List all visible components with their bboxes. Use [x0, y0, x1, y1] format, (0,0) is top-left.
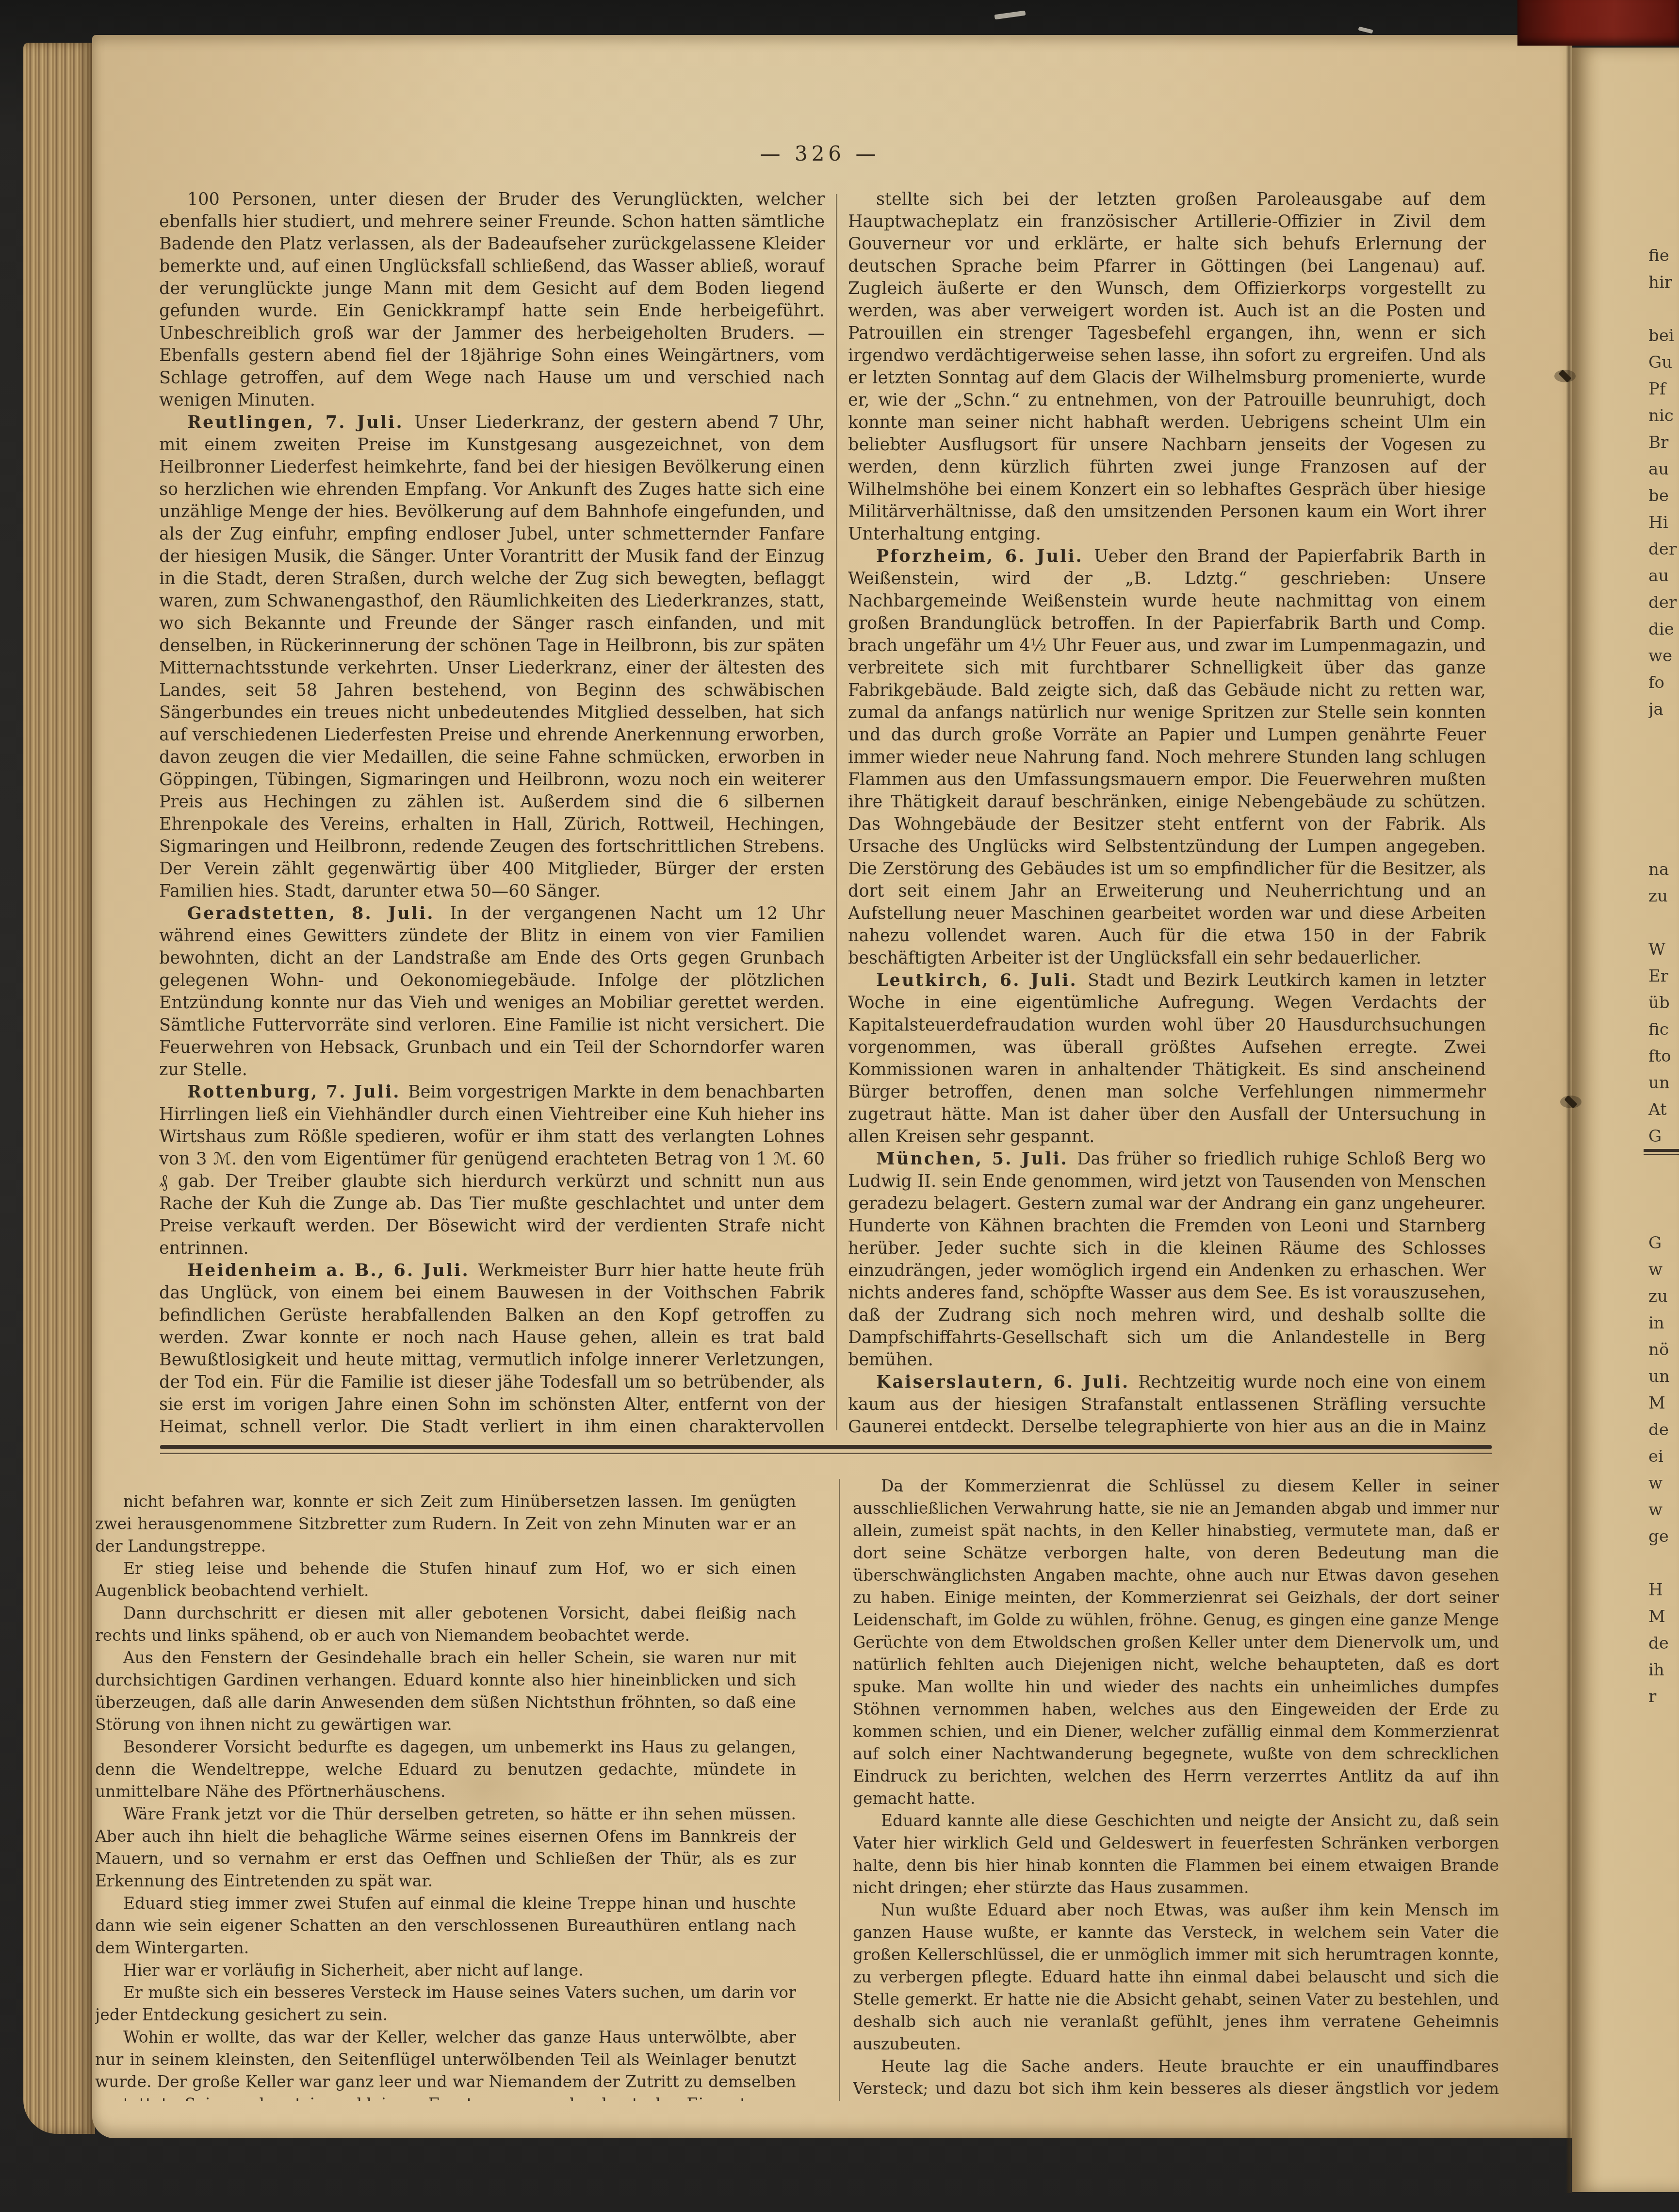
paragraph-dateline: Reutlingen, 7. Juli.: [187, 412, 414, 432]
paragraph-dateline: Heidenheim a. B., 6. Juli.: [187, 1261, 478, 1280]
next-page-text-fragment: w: [1648, 1470, 1679, 1497]
feuilleton-paragraph: Eduard kannte alle diese Geschichten und…: [853, 1810, 1499, 1899]
next-page-text-fragment: Gu: [1648, 349, 1679, 376]
next-page-text-fragment: ja: [1648, 696, 1679, 723]
feuilleton-column-left: nicht befahren war, konnte er sich Zeit …: [95, 1491, 796, 2101]
next-page-text-fragment: die: [1648, 616, 1679, 643]
paragraph-text: Er stieg leise und behende die Stufen hi…: [95, 1559, 796, 1600]
paragraph-dateline: Kaiserslautern, 6. Juli.: [876, 1372, 1138, 1392]
paragraph-text: Er mußte sich ein besseres Versteck im H…: [95, 1983, 796, 2024]
news-paragraph: Heidenheim a. B., 6. Juli.Werkmeister Bu…: [159, 1260, 825, 1438]
news-paragraph: Kaiserslautern, 6. Juli.Rechtzeitig wurd…: [848, 1371, 1486, 1438]
next-page-divider-rule: [1644, 1149, 1679, 1155]
paragraph-text: Hier war er vorläufig in Sicherheit, abe…: [123, 1961, 584, 1980]
feuilleton-paragraph: Besonderer Vorsicht bedurfte es dagegen,…: [95, 1736, 796, 1803]
next-page-text-fragment: H: [1648, 1577, 1679, 1604]
next-page-text-fragment: r: [1648, 1684, 1679, 1710]
next-page-text-fragment: fie: [1648, 243, 1679, 269]
news-column-left: 100 Personen, unter diesen der Bruder de…: [159, 188, 825, 1438]
next-page-text-fragment: fo: [1648, 670, 1679, 696]
column-divider-rule-top: [836, 194, 837, 1430]
paragraph-text: Da der Kommerzienrat die Schlüssel zu di…: [853, 1476, 1499, 1808]
next-page-text-fragment: be: [1648, 483, 1679, 509]
feuilleton-column-right: Da der Kommerzienrat die Schlüssel zu di…: [853, 1475, 1499, 2102]
next-page-text-fragment: M: [1648, 1604, 1679, 1630]
section-divider-rule: [160, 1445, 1492, 1454]
next-page-text-fragment: G: [1648, 1230, 1679, 1257]
feuilleton-paragraph: Er stieg leise und behende die Stufen hi…: [95, 1557, 796, 1602]
book-photo: — 326 — 100 Personen, unter diesen der B…: [0, 0, 1679, 2212]
next-page-text-fragment: fto: [1648, 1043, 1679, 1070]
next-page-text-fragment: [1648, 296, 1679, 323]
feuilleton-paragraph: Da der Kommerzienrat die Schlüssel zu di…: [853, 1475, 1499, 1810]
paragraph-dateline: Geradstetten, 8. Juli.: [187, 903, 450, 923]
next-page-text-fragment: w: [1648, 1257, 1679, 1283]
feuilleton-paragraph: Eduard stieg immer zwei Stufen auf einma…: [95, 1892, 796, 1959]
feuilleton-paragraph: Wohin er wollte, das war der Keller, wel…: [95, 2026, 796, 2101]
paragraph-text: Wäre Frank jetzt vor die Thür derselben …: [95, 1804, 796, 1890]
next-page-text-fragment: M: [1648, 1390, 1679, 1417]
next-page-text-fragment: [1648, 776, 1679, 803]
next-page-text-fragment: At: [1648, 1097, 1679, 1123]
next-page-text-fragment: nö: [1648, 1337, 1679, 1363]
paragraph-text: Unser Liederkranz, der gestern abend 7 U…: [159, 413, 825, 901]
paragraph-text: Beim vorgestrigen Markte in dem benachba…: [159, 1082, 825, 1258]
paragraph-text: Ueber den Brand der Papierfabrik Barth i…: [848, 547, 1486, 968]
binding-hole-top: [1554, 370, 1576, 382]
next-page-text-fragment: [1648, 910, 1679, 936]
feuilleton-paragraph: Heute lag die Sache anders. Heute brauch…: [853, 2055, 1499, 2102]
news-paragraph: Reutlingen, 7. Juli.Unser Liederkranz, d…: [159, 411, 825, 902]
next-page-text-fragment: zu: [1648, 883, 1679, 910]
next-page-text-fragment: [1648, 723, 1679, 750]
paragraph-text: Eduard kannte alle diese Geschichten und…: [853, 1811, 1499, 1897]
next-page-text-fragment: fic: [1648, 1016, 1679, 1043]
next-page-text-fragment: w: [1648, 1497, 1679, 1524]
dust-speck: [1358, 26, 1373, 33]
paragraph-text: nicht befahren war, konnte er sich Zeit …: [95, 1492, 796, 1556]
next-page-text-fragment: der: [1648, 590, 1679, 616]
paragraph-text: Besonderer Vorsicht bedurfte es dagegen,…: [95, 1737, 796, 1801]
next-page-text-fragment: ih: [1648, 1657, 1679, 1684]
next-page-text-fragment: Br: [1648, 429, 1679, 456]
next-page-text-fragment: au: [1648, 456, 1679, 483]
feuilleton-paragraph: Wäre Frank jetzt vor die Thür derselben …: [95, 1803, 796, 1892]
paragraph-text: Stadt und Bezirk Leutkirch kamen in letz…: [848, 971, 1486, 1147]
next-page-text-fragment: zu: [1648, 1283, 1679, 1310]
paragraph-text: Dann durchschritt er diesen mit aller ge…: [95, 1604, 796, 1645]
news-column-right: stellte sich bei der letzten großen Paro…: [848, 188, 1486, 1438]
binding-hole-bottom: [1560, 1096, 1581, 1108]
next-page-text-fragment: ge: [1648, 1524, 1679, 1550]
next-page-text-fragment: [1648, 750, 1679, 776]
next-page-text-fragment: de: [1648, 1630, 1679, 1657]
next-page-text-fragment: [1648, 1203, 1679, 1230]
next-page-text-fragment: [1648, 1550, 1679, 1577]
next-page-text-fragment: [1648, 1177, 1679, 1203]
next-page-text-fragment: hir: [1648, 269, 1679, 296]
next-page-text-fragment: Pf: [1648, 376, 1679, 403]
paragraph-text: Aus den Fenstern der Gesindehalle brach …: [95, 1648, 796, 1734]
next-page-text-fragment: üb: [1648, 990, 1679, 1016]
next-page-text-fragment: G: [1648, 1123, 1679, 1150]
paragraph-text: stellte sich bei der letzten großen Paro…: [848, 190, 1486, 544]
news-paragraph: Pforzheim, 6. Juli.Ueber den Brand der P…: [848, 545, 1486, 969]
paragraph-text: In der vergangenen Nacht um 12 Uhr währe…: [159, 904, 825, 1080]
next-page-text-fragment: in: [1648, 1310, 1679, 1337]
paragraph-text: 100 Personen, unter diesen der Bruder de…: [159, 190, 825, 410]
news-paragraph: Geradstetten, 8. Juli.In der vergangenen…: [159, 902, 825, 1081]
next-page-text-fragment: W: [1648, 936, 1679, 963]
next-page-text-fragment: we: [1648, 643, 1679, 670]
red-edge-mark: [1517, 0, 1679, 46]
paragraph-text: Werkmeister Burr hier hatte heute früh d…: [159, 1261, 825, 1438]
feuilleton-paragraph: Nun wußte Eduard aber noch Etwas, was au…: [853, 1899, 1499, 2055]
news-paragraph: stellte sich bei der letzten großen Paro…: [848, 188, 1486, 545]
next-page-text-fragment: [1648, 803, 1679, 830]
feuilleton-paragraph: nicht befahren war, konnte er sich Zeit …: [95, 1491, 796, 1557]
next-page-text-fragment: na: [1648, 856, 1679, 883]
paragraph-text: Nun wußte Eduard aber noch Etwas, was au…: [853, 1901, 1499, 2053]
paragraph-text: Das früher so friedlich ruhige Schloß Be…: [848, 1149, 1486, 1370]
feuilleton-paragraph: Aus den Fenstern der Gesindehalle brach …: [95, 1647, 796, 1736]
dust-speck: [994, 11, 1026, 20]
news-paragraph: Leutkirch, 6. Juli.Stadt und Bezirk Leut…: [848, 969, 1486, 1148]
page-number: — 326 —: [760, 142, 880, 165]
paragraph-dateline: Rottenburg, 7. Juli.: [187, 1082, 408, 1102]
next-page-text-fragment: de: [1648, 1417, 1679, 1443]
paragraph-dateline: Pforzheim, 6. Juli.: [876, 546, 1094, 566]
feuilleton-paragraph: Dann durchschritt er diesen mit aller ge…: [95, 1602, 796, 1647]
next-page-text-fragment: un: [1648, 1363, 1679, 1390]
paragraph-text: Wohin er wollte, das war der Keller, wel…: [95, 2028, 796, 2101]
next-page-text-fragment: [1648, 830, 1679, 856]
paragraph-dateline: Leutkirch, 6. Juli.: [876, 970, 1088, 990]
next-page-text-fragment: au: [1648, 563, 1679, 590]
next-page-text-fragment: Er: [1648, 963, 1679, 990]
next-page-text-fragment: ei: [1648, 1443, 1679, 1470]
news-paragraph: München, 5. Juli.Das früher so friedlich…: [848, 1148, 1486, 1371]
paragraph-text: Heute lag die Sache anders. Heute brauch…: [853, 2057, 1499, 2102]
next-page-text-fragment: Hi: [1648, 509, 1679, 536]
feuilleton-paragraph: Hier war er vorläufig in Sicherheit, abe…: [95, 1959, 796, 1982]
page-fold-crease: [1566, 39, 1573, 2193]
column-divider-rule-bottom: [839, 1479, 840, 2101]
next-page-text-fragment: un: [1648, 1070, 1679, 1097]
news-paragraph: Rottenburg, 7. Juli.Beim vorgestrigen Ma…: [159, 1081, 825, 1260]
paragraph-dateline: München, 5. Juli.: [876, 1149, 1077, 1169]
news-paragraph: 100 Personen, unter diesen der Bruder de…: [159, 188, 825, 411]
next-page-text-fragment: nic: [1648, 403, 1679, 429]
next-page-text-fragment: der: [1648, 536, 1679, 563]
paragraph-text: Eduard stieg immer zwei Stufen auf einma…: [95, 1894, 796, 1957]
next-page-text-fragment: bei: [1648, 323, 1679, 349]
page-stack-edge: [23, 43, 95, 2134]
feuilleton-paragraph: Er mußte sich ein besseres Versteck im H…: [95, 1982, 796, 2026]
